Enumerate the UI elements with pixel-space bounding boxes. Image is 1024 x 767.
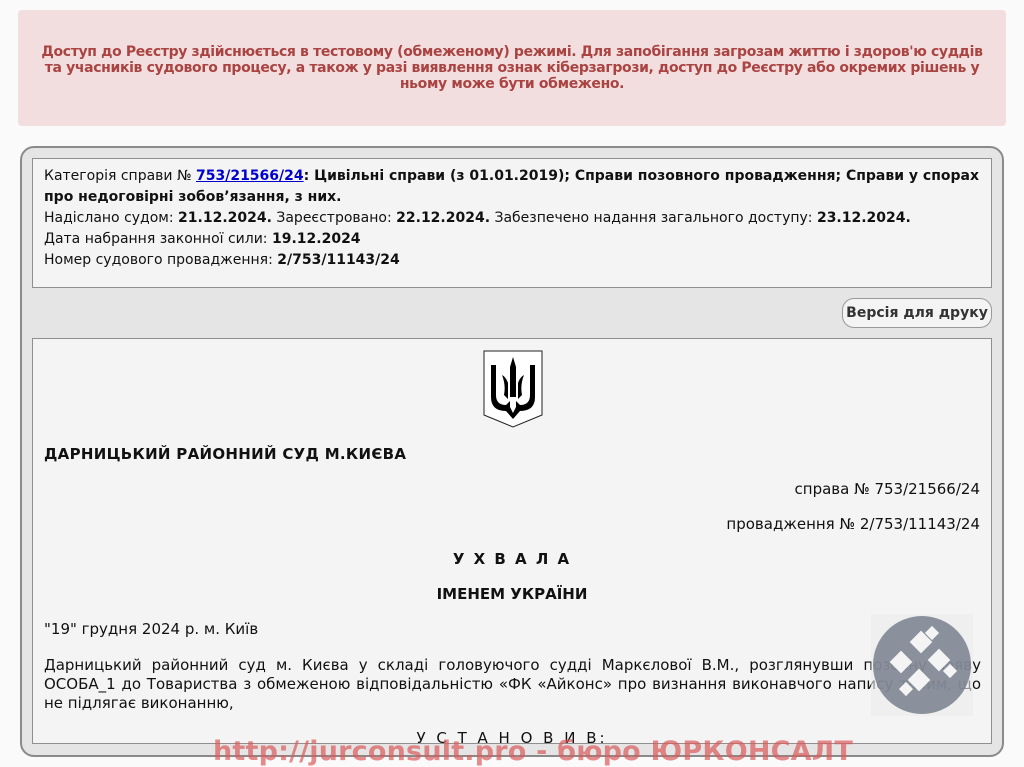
date-place: "19" грудня 2024 р. м. Київ bbox=[44, 620, 258, 638]
decision-document: ДАРНИЦЬКИЙ РАЙОННИЙ СУД М.КИЄВА справа №… bbox=[32, 338, 992, 744]
case-category: Категорія справи № 753/21566/24: Цивільн… bbox=[44, 166, 980, 208]
case-dates: Надіслано судом: 21.12.2024. Зареєстрова… bbox=[44, 208, 980, 229]
decision-paragraph: Дарницький районний суд м. Києва у склад… bbox=[44, 656, 981, 713]
case-number-line: справа № 753/21566/24 bbox=[795, 480, 980, 498]
document-subtitle: ІМЕНЕМ УКРАЇНИ bbox=[33, 585, 991, 603]
puzzle-logo-icon bbox=[871, 614, 973, 716]
court-name: ДАРНИЦЬКИЙ РАЙОННИЙ СУД М.КИЄВА bbox=[44, 445, 406, 463]
trident-emblem-icon bbox=[482, 349, 544, 429]
document-title: У Х В А Л А bbox=[33, 550, 991, 568]
proceeding-number: Номер судового провадження: 2/753/11143/… bbox=[44, 250, 980, 271]
print-version-button[interactable]: Версія для друку bbox=[842, 298, 992, 328]
proceeding-number-line: провадження № 2/753/11143/24 bbox=[726, 515, 980, 533]
watermark-text: http://jurconsult.pro - бюро ЮРКОНСАЛТ bbox=[213, 736, 813, 767]
access-warning-alert: Доступ до Реєстру здійснюється в тестово… bbox=[18, 10, 1006, 126]
case-number-link[interactable]: 753/21566/24 bbox=[196, 168, 304, 184]
alert-text: Доступ до Реєстру здійснюється в тестово… bbox=[34, 44, 990, 92]
puzzle-logo-badge bbox=[871, 614, 973, 716]
case-info-panel: Категорія справи № 753/21566/24: Цивільн… bbox=[32, 158, 992, 288]
effective-date: Дата набрання законної сили: 19.12.2024 bbox=[44, 229, 980, 250]
